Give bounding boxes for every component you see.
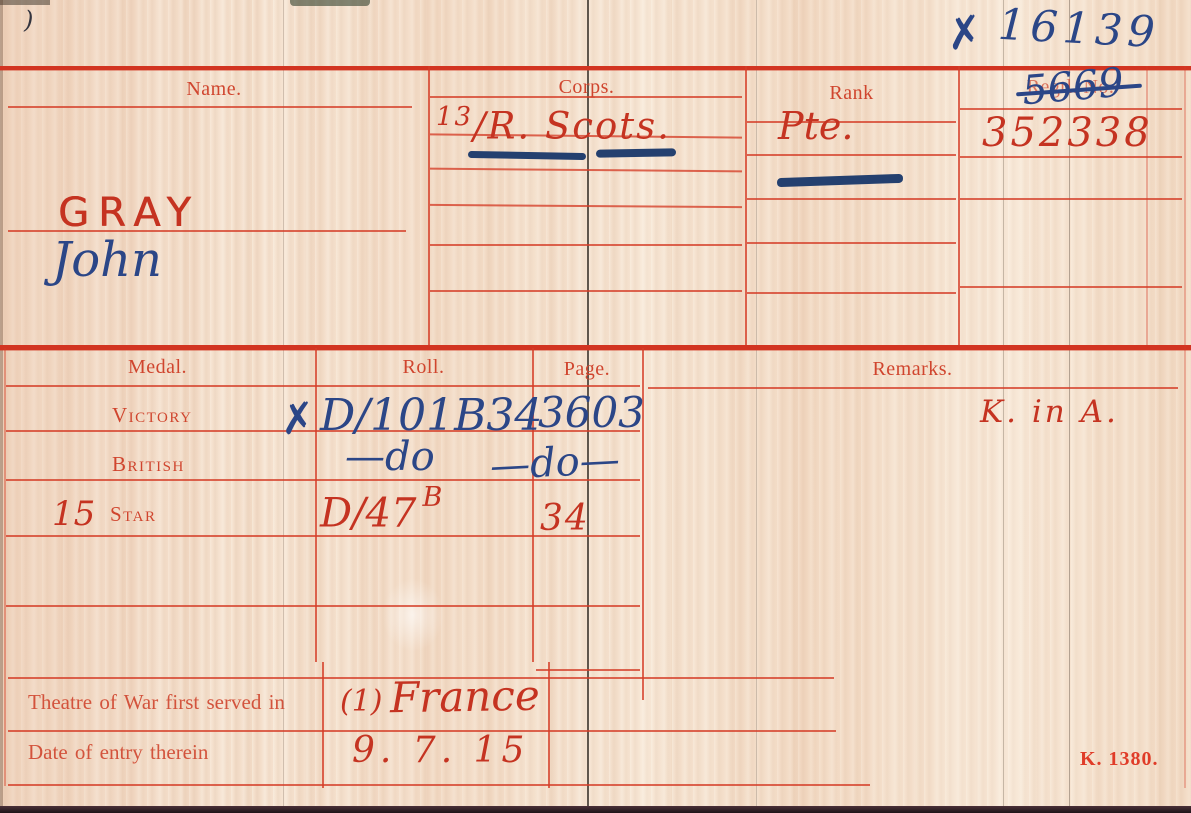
rank-entry: Pte. <box>778 104 853 148</box>
rule-line <box>745 66 747 345</box>
surname: GRAY <box>58 190 200 236</box>
form-number: K. 1380. <box>1080 748 1159 771</box>
rule-line <box>4 348 6 786</box>
rule-line <box>648 387 1178 389</box>
medal-label-star: Star <box>110 502 156 527</box>
victory-page: 3603 <box>538 388 645 437</box>
header-remarks: Remarks. <box>642 358 1183 381</box>
corner-pen-mark: ) <box>24 6 33 34</box>
rule-line <box>8 784 870 786</box>
header-medal: Medal. <box>0 356 315 379</box>
ink-stroke <box>596 148 676 157</box>
rule-line <box>960 286 1182 288</box>
header-rank: Rank <box>745 82 958 105</box>
theatre-of-war-mark: (1) <box>340 684 383 719</box>
header-page: Page. <box>532 358 642 381</box>
card-edge-top-mark <box>290 0 370 6</box>
date-of-entry-value: 9. 7. 15 <box>352 730 529 771</box>
medal-index-card: ) ✗ 16139 Name. Corps. Rank Regtl. No. G… <box>0 0 1191 813</box>
forename: John <box>52 232 162 288</box>
rule-line <box>747 154 956 156</box>
rule-line <box>8 106 412 108</box>
rule-line <box>430 244 742 246</box>
british-page-ditto: —do— <box>489 437 621 490</box>
medal-label-victory: Victory <box>112 403 192 428</box>
star-prefix-15: 15 <box>52 494 95 534</box>
theatre-of-war-value: France <box>390 671 541 723</box>
rule-line <box>960 156 1182 158</box>
card-edge-top-left <box>0 0 50 5</box>
corps-entry: 13/R. Scots. <box>436 102 671 147</box>
card-edge-left <box>0 0 3 813</box>
rule-line <box>6 605 640 607</box>
rule-line <box>430 204 742 208</box>
rule-line <box>536 669 640 671</box>
ink-stroke <box>777 174 903 187</box>
british-roll-ditto: —do <box>345 434 435 480</box>
header-roll: Roll. <box>315 356 532 379</box>
rule-line <box>430 168 742 173</box>
medal-label-british: British <box>112 452 185 477</box>
date-of-entry-label: Date of entry therein <box>28 740 208 765</box>
star-roll: D/47B <box>320 488 436 536</box>
theatre-of-war-label: Theatre of War first served in <box>28 690 285 715</box>
rule-line <box>322 662 324 788</box>
victory-check-icon: ✗ <box>278 392 318 444</box>
header-name: Name. <box>0 78 428 101</box>
card-edge-bottom <box>0 806 1191 813</box>
rule-line <box>1184 66 1186 788</box>
star-roll-suffix: B <box>422 482 442 513</box>
paper-smudge <box>382 578 444 652</box>
star-page: 34 <box>540 498 590 539</box>
rule-line <box>548 662 550 788</box>
rule-line <box>0 66 1191 70</box>
regtl-no: 352338 <box>982 110 1153 156</box>
corps-battalion-number: 13 <box>436 102 473 132</box>
rule-line <box>747 198 956 200</box>
check-mark-icon: ✗ <box>943 6 987 62</box>
rule-line <box>315 348 317 662</box>
remarks-entry: K. in A. <box>980 394 1119 430</box>
rule-line <box>430 290 742 292</box>
rule-line <box>6 385 640 387</box>
header-corps: Corps. <box>428 76 745 99</box>
rule-line <box>747 292 956 294</box>
rule-line <box>960 198 1182 200</box>
card-number: 16139 <box>997 0 1161 58</box>
rule-line <box>0 345 1191 350</box>
ink-stroke <box>468 151 586 160</box>
rule-line <box>747 242 956 244</box>
